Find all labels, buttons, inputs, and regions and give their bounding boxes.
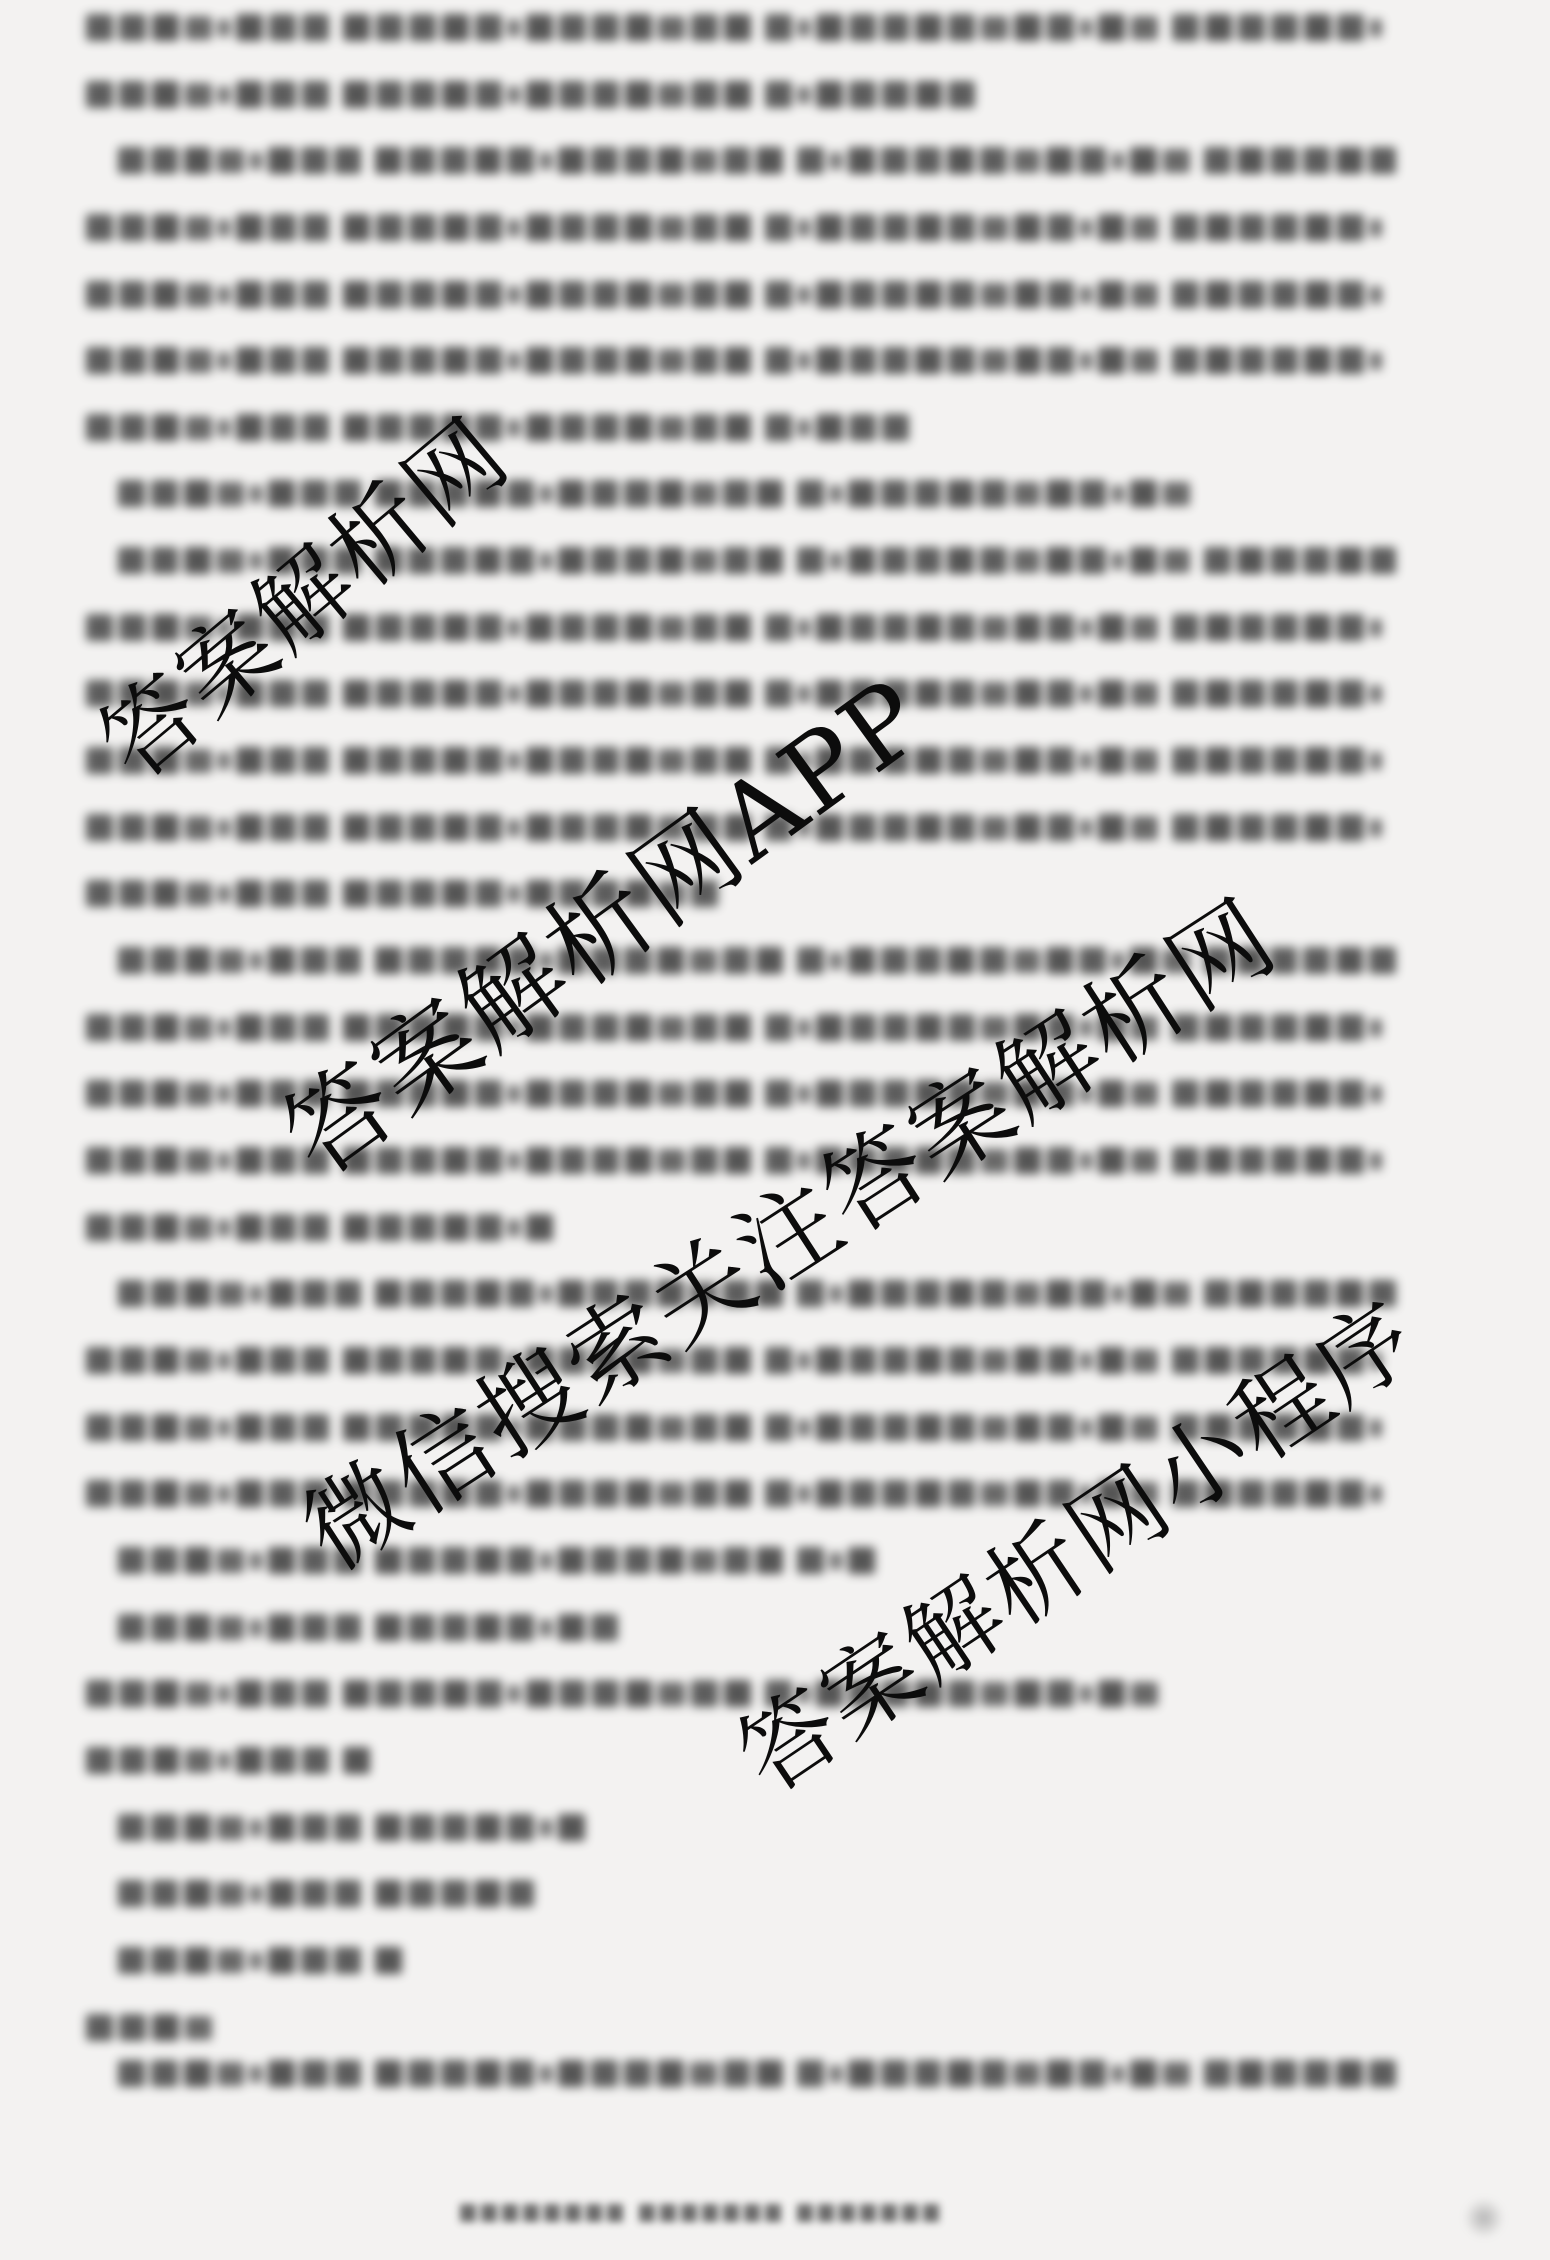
blurred-text-line [86,214,1460,241]
blurred-text-line [118,1880,568,1907]
blurred-text-line [86,281,1460,308]
blurred-text-line [86,1747,406,1774]
blurred-text-line [86,2014,226,2041]
blurred-text-line [118,1614,678,1641]
blurred-text-line [118,147,1460,174]
blurred-text-line [86,1214,586,1241]
footer-blur [460,2204,944,2222]
blurred-text-line [118,1947,418,1974]
blurred-text-line [118,2060,1460,2087]
blurred-text-line [86,81,1036,108]
blurred-text-line [86,347,1460,374]
blurred-text-line [118,480,1246,507]
blurred-text-line [86,414,956,441]
document-page: 答案解析网 答案解析网APP 微信搜索关注答案解析网 答案解析网小程序 [0,0,1550,2260]
blurred-text-line [86,1680,1236,1707]
blurred-text-line [118,1814,638,1841]
page-number-blur [1462,2196,1506,2240]
blurred-text-line [86,1147,1460,1174]
blurred-text-line [86,1014,1460,1041]
blurred-text-line [118,1547,918,1574]
watermark-answer-site-app: 答案解析网APP [267,662,942,1192]
blurred-text-line [86,680,1460,707]
blurred-text-line [86,14,1460,41]
watermark-answer-site: 答案解析网 [84,403,525,795]
